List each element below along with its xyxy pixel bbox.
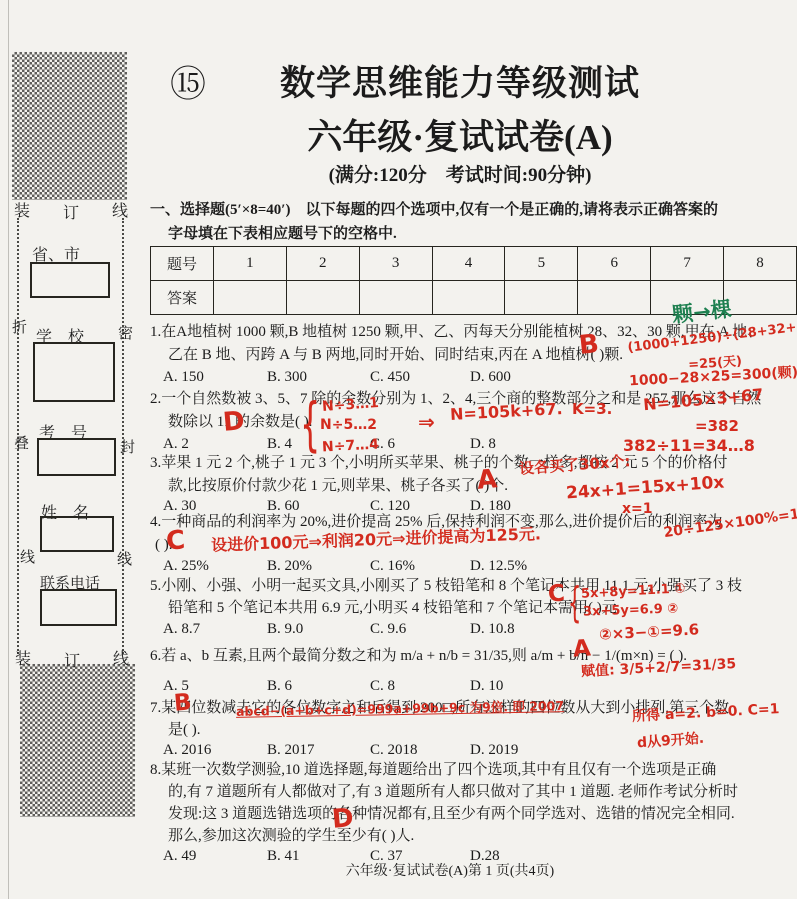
qnum-cell-3: 3 [359,247,432,281]
q3-work-line3: x=1 [622,501,653,517]
page-edge-line [8,0,9,899]
q8-line1: 8.某班一次数学测验,10 道选择题,每道题给出了四个选项,其中有且仅有一个选项… [150,760,716,780]
qnum-cell-1: 1 [213,247,286,281]
q4-option-b: B. 20% [267,556,312,576]
fold-line-char1: 折 [12,316,27,337]
q5-option-b: B. 9.0 [267,619,303,639]
q4-option-a: A. 25% [163,556,209,576]
field-box-exam-number [37,438,116,476]
q5-handwritten-answer: C [547,580,566,607]
field-box-phone [40,589,117,626]
qnum-cell-6: 6 [578,247,651,281]
qnum-cell-2: 2 [286,247,359,281]
fold-line-char2: 叠 [14,432,29,453]
q6-option-c: C. 8 [370,676,395,696]
q5-option-c: C. 9.6 [370,619,406,639]
q1-option-b: B. 300 [267,367,307,387]
q1-work-line3: 1000−28×25=300(颗) [629,362,797,391]
binding-line-top-char2: 订 [63,200,79,223]
q5-work-line2: 3x+5y=6.9 ② [583,601,679,619]
seal-line-char3: 线 [117,548,132,569]
q2-work-line5: 382÷11=34…8 [623,436,755,455]
q7-option-d: D. 2019 [470,740,518,760]
q3-line2: 款,比按原价付款少花 1 元,则苹果、桃子各买了( )个. [168,476,508,496]
answer-cell-4 [432,281,505,315]
field-box-province-city [30,262,110,298]
q7-option-c: C. 2018 [370,740,418,760]
answer-label-cell: 答案 [151,281,214,315]
q2-option-a: A. 2 [163,434,189,454]
q2-system-brace: { [300,390,320,458]
q6-handwritten-answer: A [572,635,592,662]
q1-option-a: A. 150 [163,367,204,387]
q6-option-b: B. 6 [267,676,292,696]
q8-line3: 发现:这 3 道题选错选项的各种情况都有,且至少有两个同学选对、选错的情况完全相… [168,804,735,824]
q2-option-b: B. 4 [267,434,292,454]
q8-line2: 的,有 7 道题所有人都做对了,有 3 道题所有人都只做对了其中 1 道题. 老… [168,782,738,802]
q7-line2: 是( ). [168,720,201,740]
qnum-cell-7: 7 [651,247,724,281]
binding-line-top-char3: 线 [112,198,128,221]
q5-option-a: A. 8.7 [163,619,200,639]
q7-work-line3: d从9开始. [636,728,704,753]
qnum-cell-4: 4 [432,247,505,281]
answer-cell-5 [505,281,578,315]
q1-handwritten-answer: B [577,329,600,361]
answer-cell-2 [286,281,359,315]
q1-option-c: C. 450 [370,367,410,387]
q3-handwritten-answer: A [476,464,499,496]
qnum-cell-8: 8 [724,247,797,281]
q2-system-line1: N÷3…1 [322,395,380,415]
q2-work-line4: =382 [695,417,739,435]
green-correction-note: 颗→棵 [671,293,733,329]
page-subtitle-grade: 六年级·复试试卷(A) [170,110,750,160]
q3-line1: 3.苹果 1 元 2 个,桃子 1 元 3 个,小明所买苹果、桃子的个数一样多,… [150,453,728,473]
q1-option-d: D. 600 [470,367,511,387]
answer-cell-1 [213,281,286,315]
q4-work-line2: 20÷125×100%=16% [663,503,797,541]
q5-option-d: D. 10.8 [470,619,515,639]
answer-cell-3 [359,281,432,315]
binding-hatch-top [12,52,127,200]
q4-handwritten-answer: C [165,525,186,556]
q2-system-line3: N÷7…4 [322,437,380,456]
q3-work-line2: 24x+1=15x+10x [565,472,724,503]
q7-option-b: B. 2017 [267,740,315,760]
answer-cell-6 [578,281,651,315]
qnum-label-cell: 题号 [151,247,214,281]
q2-option-d: D. 8 [470,434,496,454]
q7-option-a: A. 2016 [163,740,211,760]
q5-work-line3: ②×3−①=9.6 [599,620,700,643]
qnum-cell-5: 5 [505,247,578,281]
q8-handwritten-answer: D [331,803,355,835]
q7-handwritten-answer: B [173,689,193,716]
page-footer: 六年级·复试试卷(A)第 1 页(共4页) [170,860,730,880]
binding-hatch-bottom [20,664,135,817]
section-instructions-line1: 一、选择题(5′×8=40′) 以下每题的四个选项中,仅有一个是正确的,请将表示… [150,200,718,220]
q4-option-d: D. 12.5% [470,556,527,576]
field-box-name [40,516,114,552]
q2-handwritten-answer: D [222,406,246,438]
seal-line-char2: 封 [120,436,135,457]
q2-system-line2: N÷5…2 [320,417,377,433]
scanned-test-paper: 装 订 线 折 叠 线 密 封 线 省、市 学 校 考 号 姓 名 联系电话 装… [0,0,797,899]
q1-line2: 乙在 B 地、丙跨 A 与 B 两地,同时开始、同时结束,丙在 A 地植树( )… [168,345,623,365]
score-time-line: (满分:120分 考试时间:90分钟) [170,160,750,187]
q6-option-d: D. 10 [470,676,503,696]
page-title: 数学思维能力等级测试 [170,56,750,106]
q8-line4: 那么,参加这次测验的学生至少有( )人. [168,826,414,846]
section-instructions-line2: 字母填在下表相应题号下的空格中. [168,224,397,244]
q5-system-brace: { [568,578,581,627]
answer-table-header-row: 题号 1 2 3 4 5 6 7 8 [151,247,797,281]
fold-line-char3: 线 [20,546,35,567]
answer-cell-8 [724,281,797,315]
q2-work-line2: K=3. [572,400,612,418]
q4-option-c: C. 16% [370,556,415,576]
field-box-school [33,342,115,402]
seal-line-char1: 密 [118,322,133,343]
q2-implies-arrow: ⇒ [418,410,435,434]
